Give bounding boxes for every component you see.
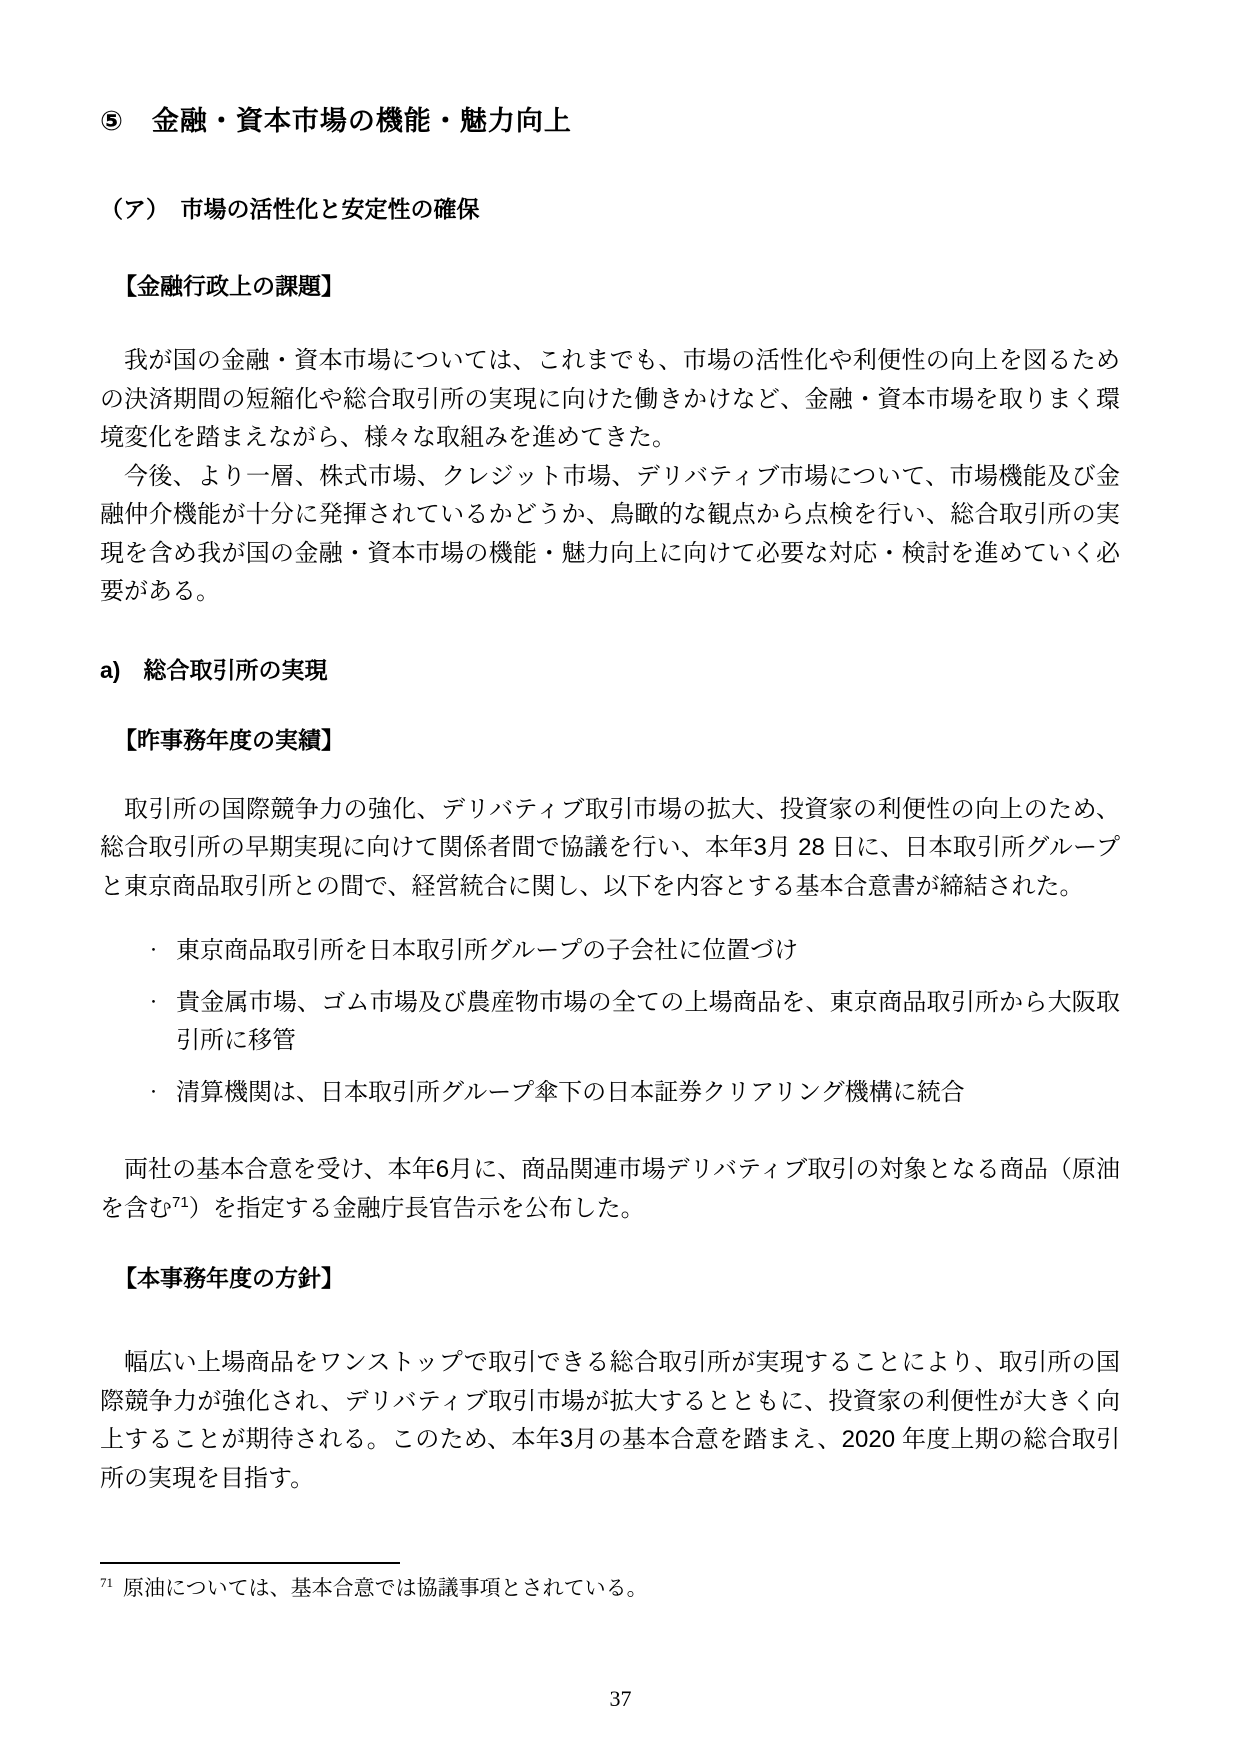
page-number: 37 — [0, 1686, 1241, 1712]
bullet-dot-icon: ・ — [146, 1074, 176, 1113]
kadai-paragraph-1: 我が国の金融・資本市場については、これまでも、市場の活性化や利便性の向上を図るた… — [100, 342, 1120, 458]
list-item: ・ 貴金属市場、ゴム市場及び農産物市場の全ての上場商品を、東京商品取引所から大阪… — [100, 984, 1120, 1061]
list-item: ・ 東京商品取引所を日本取引所グループの子会社に位置づけ — [100, 932, 1120, 971]
hoshin-paragraph-1: 幅広い上場商品をワンストップで取引できる総合取引所が実現することにより、取引所の… — [100, 1344, 1120, 1498]
list-item-text: 東京商品取引所を日本取引所グループの子会社に位置づけ — [176, 932, 1120, 971]
footnote-71: 71原油については、基本合意では協議事項とされている。 — [100, 1573, 1120, 1603]
footnote-separator — [100, 1562, 400, 1564]
hoshin-section-label: 【本事務年度の方針】 — [100, 1262, 1120, 1294]
kadai-paragraph-2: 今後、より一層、株式市場、クレジット市場、デリバティブ市場について、市場機能及び… — [100, 458, 1120, 612]
jisseki-section-label: 【昨事務年度の実績】 — [100, 724, 1120, 756]
footnote-area: 71原油については、基本合意では協議事項とされている。 — [100, 1562, 1120, 1603]
list-item: ・ 清算機関は、日本取引所グループ傘下の日本証券クリアリング機構に統合 — [100, 1074, 1120, 1113]
jisseki-intro-paragraph: 取引所の国際競争力の強化、デリバティブ取引市場の拡大、投資家の利便性の向上のため… — [100, 791, 1120, 907]
hoshin-paragraphs: 幅広い上場商品をワンストップで取引できる総合取引所が実現することにより、取引所の… — [100, 1344, 1120, 1498]
bullet-dot-icon: ・ — [146, 932, 176, 971]
agreement-bullet-list: ・ 東京商品取引所を日本取引所グループの子会社に位置づけ ・ 貴金属市場、ゴム市… — [100, 932, 1120, 1112]
agreement-followup-block: 両社の基本合意を受け、本年6月に、商品関連市場デリバティブ取引の対象となる商品（… — [100, 1151, 1120, 1228]
bullet-dot-icon: ・ — [146, 984, 176, 1061]
section-heading-5: ⑤ 金融・資本市場の機能・魅力向上 — [100, 103, 1120, 139]
paragraph-text: ）を指定する金融庁長官告示を公布した。 — [189, 1195, 645, 1222]
footnote-reference: 71 — [172, 1194, 189, 1211]
document-page: ⑤ 金融・資本市場の機能・魅力向上 （ア） 市場の活性化と安定性の確保 【金融行… — [0, 0, 1241, 1754]
kadai-paragraphs: 我が国の金融・資本市場については、これまでも、市場の活性化や利便性の向上を図るた… — [100, 342, 1120, 612]
list-item-text: 清算機関は、日本取引所グループ傘下の日本証券クリアリング機構に統合 — [176, 1074, 1120, 1113]
footnote-text: 原油については、基本合意では協議事項とされている。 — [123, 1576, 648, 1600]
footnote-number: 71 — [100, 1575, 113, 1590]
sub-item-a-heading: a) 総合取引所の実現 — [100, 654, 1120, 686]
jisseki-intro-block: 取引所の国際競争力の強化、デリバティブ取引市場の拡大、投資家の利便性の向上のため… — [100, 791, 1120, 907]
agreement-followup-paragraph: 両社の基本合意を受け、本年6月に、商品関連市場デリバティブ取引の対象となる商品（… — [100, 1151, 1120, 1228]
list-item-text: 貴金属市場、ゴム市場及び農産物市場の全ての上場商品を、東京商品取引所から大阪取引… — [176, 984, 1120, 1061]
subsection-heading-a: （ア） 市場の活性化と安定性の確保 — [100, 193, 1120, 225]
kadai-section-label: 【金融行政上の課題】 — [100, 270, 1120, 302]
